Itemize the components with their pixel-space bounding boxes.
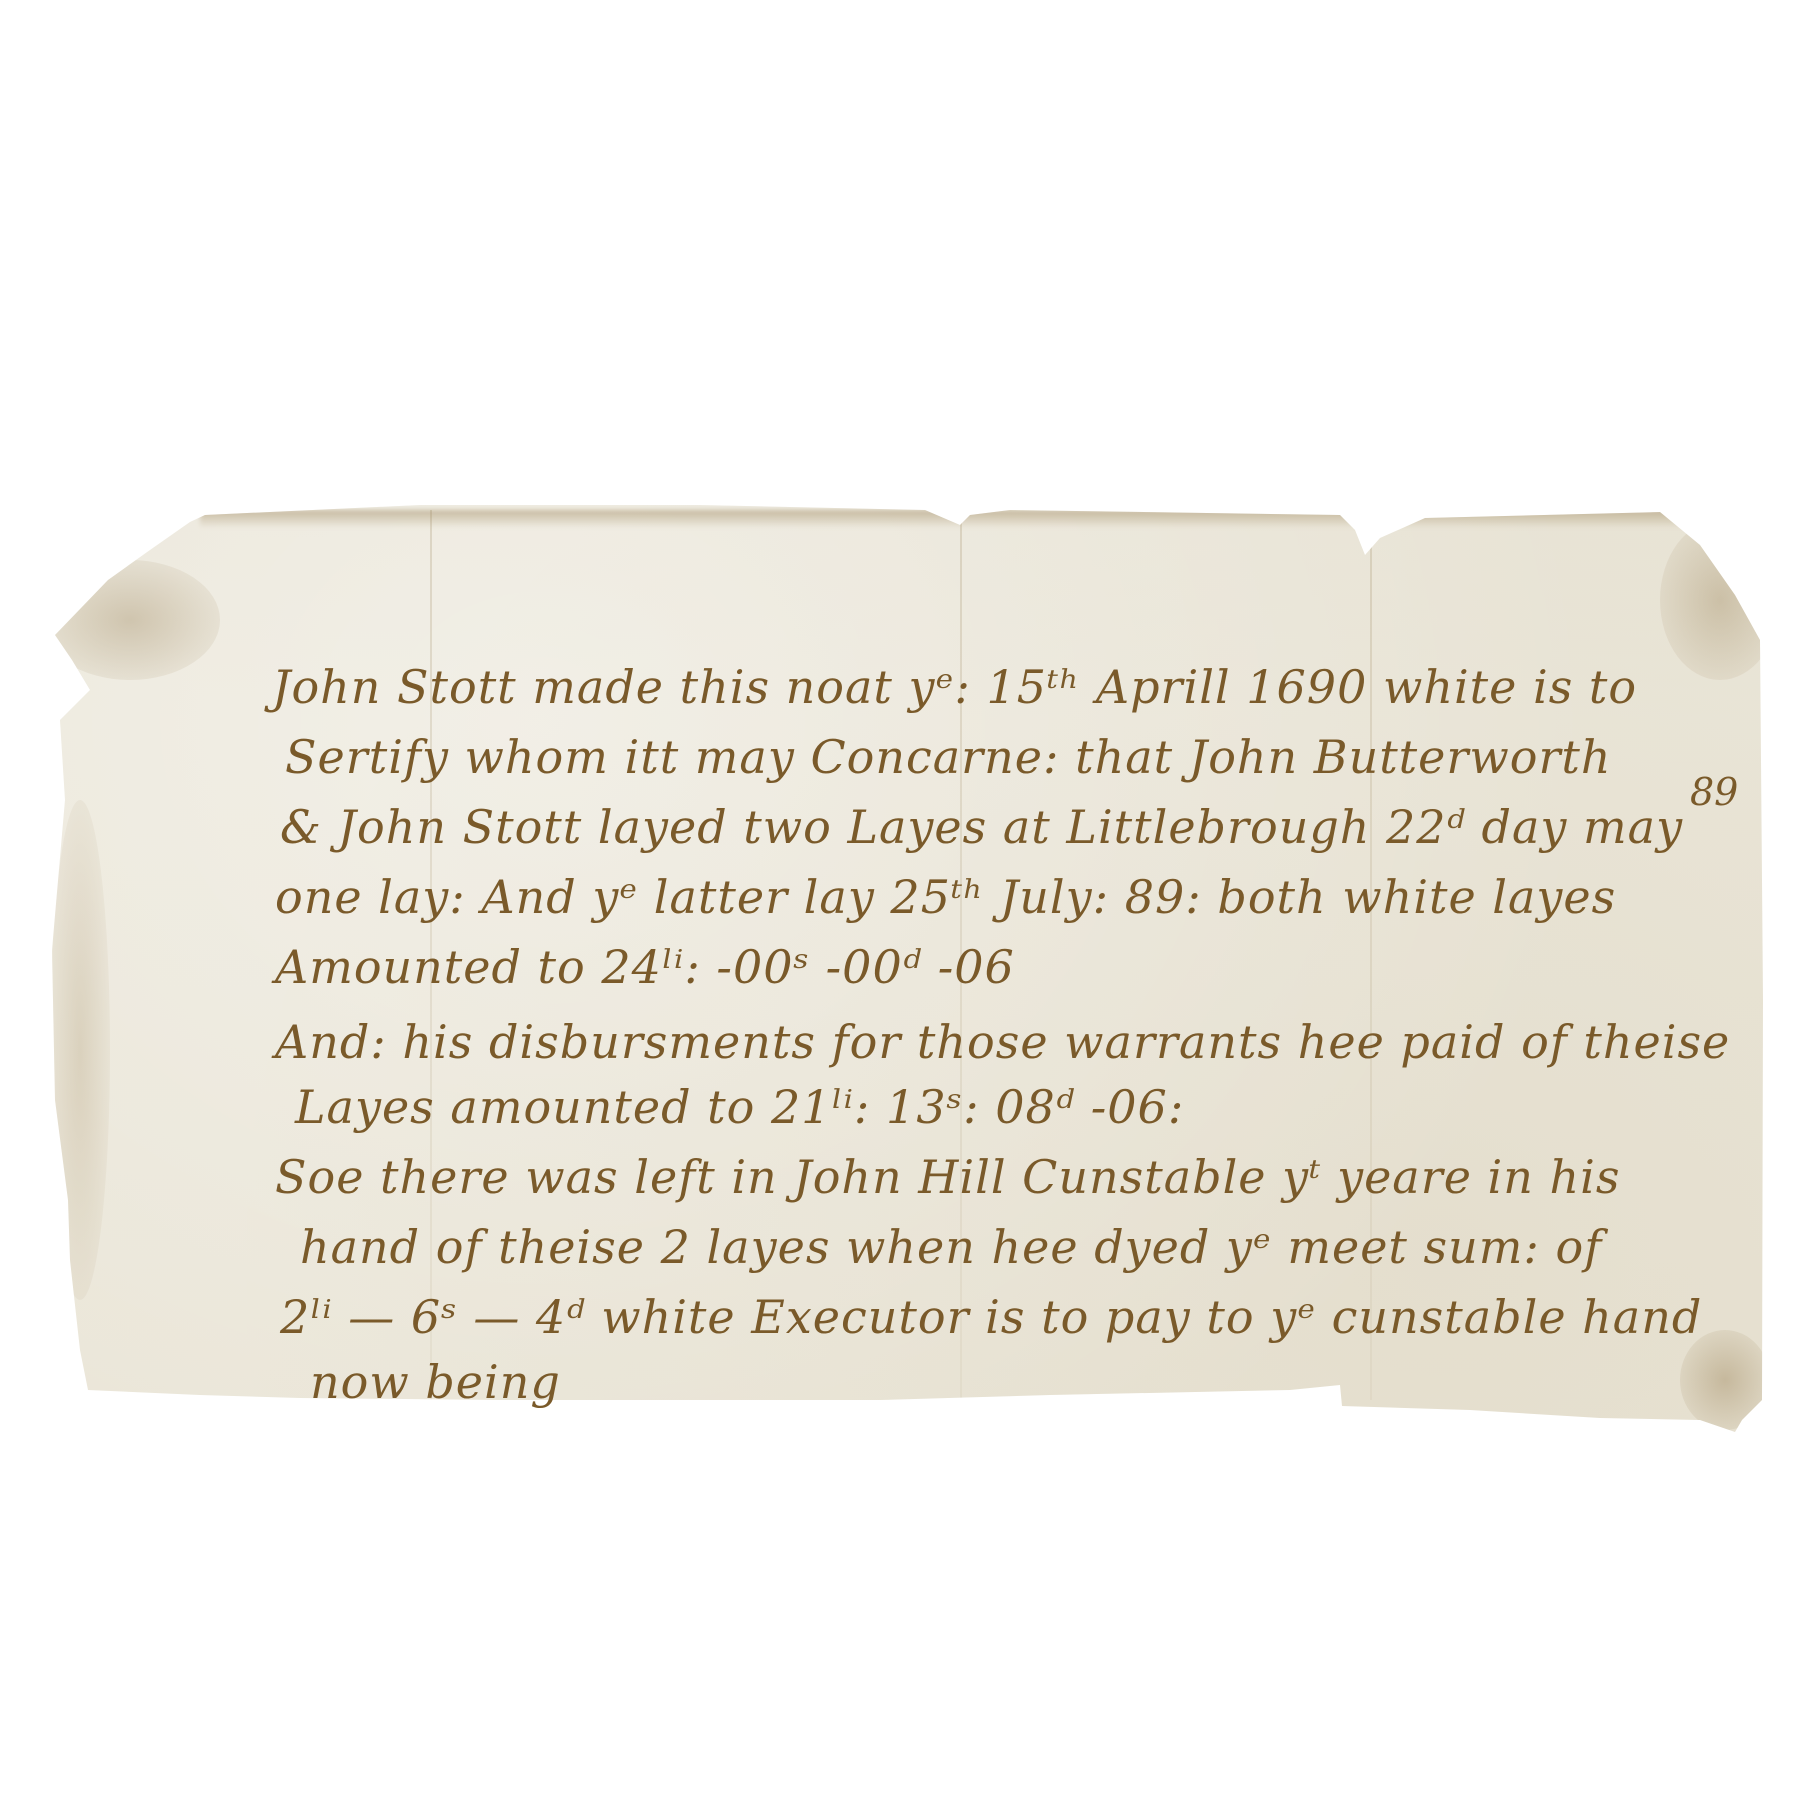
manuscript-line-11: now being <box>310 1355 561 1409</box>
left-edge-stain <box>50 800 110 1300</box>
corner-stain <box>1660 520 1780 680</box>
manuscript-line-4: one lay: And yᵉ latter lay 25ᵗʰ July: 89… <box>275 870 1616 924</box>
manuscript-line-5: Amounted to 24ˡⁱ: -00ˢ -00ᵈ -06 <box>275 940 1015 994</box>
corner-stain <box>1680 1330 1770 1430</box>
manuscript-line-8: Soe there was left in John Hill Cunstabl… <box>275 1150 1620 1204</box>
manuscript-line-10: 2ˡⁱ — 6ˢ — 4ᵈ white Executor is to pay t… <box>280 1290 1702 1344</box>
margin-note-year: 89 <box>1690 770 1738 814</box>
top-edge-stain <box>200 510 1720 528</box>
manuscript-line-6: And: his disbursments for those warrants… <box>275 1015 1730 1069</box>
manuscript-line-9: hand of theise 2 layes when hee dyed yᵉ … <box>300 1220 1602 1274</box>
manuscript-line-7: Layes amounted to 21ˡⁱ: 13ˢ: 08ᵈ -06: <box>295 1080 1184 1134</box>
manuscript-line-1: John Stott made this noat yᵉ: 15ᵗʰ April… <box>272 660 1637 714</box>
document-photo: John Stott made this noat yᵉ: 15ᵗʰ April… <box>0 0 1800 1800</box>
corner-stain <box>40 560 220 680</box>
manuscript-line-3: & John Stott layed two Layes at Littlebr… <box>280 800 1683 854</box>
manuscript-line-2: Sertify whom itt may Concarne: that John… <box>285 730 1612 784</box>
